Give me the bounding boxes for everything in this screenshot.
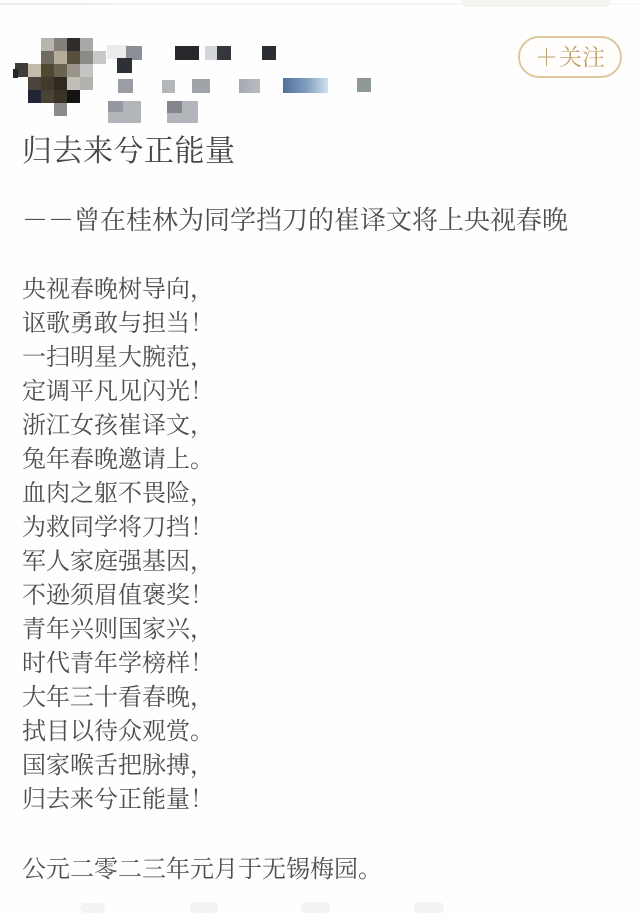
mosaic-cell [41,51,54,64]
mosaic-cell [28,90,41,103]
poem-line: 定调平凡见闪光！ [22,375,214,409]
mosaic-block [108,101,123,112]
mosaic-cell [80,64,93,77]
mosaic-block [175,46,199,60]
post-subtitle: －－曾在桂林为同学挡刀的崔译文将上央视春晚 [22,203,568,237]
mosaic-cell [54,90,67,103]
mosaic-cell [80,77,93,90]
mosaic-cell [67,103,80,116]
mosaic-block [283,78,328,93]
mosaic-block [117,58,132,73]
mosaic-block [414,902,444,913]
poem-line: 一扫明星大腕范， [22,341,214,375]
mosaic-cell [54,64,67,77]
poem-line: 国家喉舌把脉搏， [22,749,214,783]
top-artifact [462,0,610,7]
mosaic-cell [80,103,93,116]
mosaic-block [217,46,231,60]
poem-line: 血肉之躯不畏险， [22,477,214,511]
mosaic-cell [28,103,41,116]
mosaic-block [205,46,217,60]
mosaic-block [301,902,330,913]
poem-line: 浙江女孩崔译文， [22,409,214,443]
poem-line: 拭目以待众观赏。 [22,715,214,749]
mosaic-block [167,101,182,113]
mosaic-cell [93,64,106,77]
mosaic-block [118,79,133,93]
mosaic-cell [41,77,54,90]
poem-line: 大年三十看春晚， [22,681,214,715]
mosaic-block [162,80,175,93]
mosaic-cell [28,51,41,64]
mosaic-cell [67,38,80,51]
mosaic-cell [54,51,67,64]
mosaic-cell [67,51,80,64]
poem-line: 讴歌勇敢与担当！ [22,307,214,341]
mosaic-block [13,69,18,78]
mosaic-cell [67,77,80,90]
poem-line: 青年兴则国家兴， [22,613,214,647]
mosaic-cell [41,90,54,103]
mosaic-cell [93,103,106,116]
mosaic-cell [93,90,106,103]
post-title: 归去来兮正能量 [22,133,236,171]
mosaic-block [262,46,276,60]
poem: 央视春晚树导向，讴歌勇敢与担当！一扫明星大腕范，定调平凡见闪光！浙江女孩崔译文，… [22,273,214,817]
mosaic-cell [80,38,93,51]
date-line: 公元二零二三年元月于无锡梅园。 [22,853,382,887]
mosaic-cell [54,38,67,51]
mosaic-cell [80,90,93,103]
mosaic-cell [41,103,54,116]
mosaic-cell [93,51,106,64]
mosaic-cell [28,64,41,77]
poem-line: 军人家庭强基因， [22,545,214,579]
mosaic-cell [54,103,67,116]
poem-line: 为救同学将刀挡！ [22,511,214,545]
follow-button[interactable]: ＋ 关注 [518,36,622,78]
poem-line: 央视春晚树导向， [22,273,214,307]
mosaic-cell [93,77,106,90]
follow-button-label: 关注 [559,46,605,69]
post-card: ＋ 关注 归去来兮正能量 －－曾在桂林为同学挡刀的崔译文将上央视春晚 央视春晚树… [0,0,640,916]
mosaic-cell [41,38,54,51]
mosaic-cell [28,38,41,51]
mosaic-cell [67,64,80,77]
mosaic-block [80,903,105,913]
mosaic-cell [54,77,67,90]
mosaic-cell [41,64,54,77]
poem-line: 时代青年学榜样！ [22,647,214,681]
mosaic-block [190,902,218,913]
mosaic-cell [80,51,93,64]
mosaic-cell [93,38,106,51]
mosaic-block [239,79,260,93]
mosaic-cell [67,90,80,103]
mosaic-block [192,79,210,93]
mosaic-cell [28,77,41,90]
poem-line: 归去来兮正能量！ [22,783,214,817]
plus-icon: ＋ [535,46,558,69]
poem-line: 不逊须眉值褒奖！ [22,579,214,613]
avatar[interactable] [28,38,106,116]
poem-line: 兔年春晚邀请上。 [22,443,214,477]
mosaic-block [357,78,371,92]
